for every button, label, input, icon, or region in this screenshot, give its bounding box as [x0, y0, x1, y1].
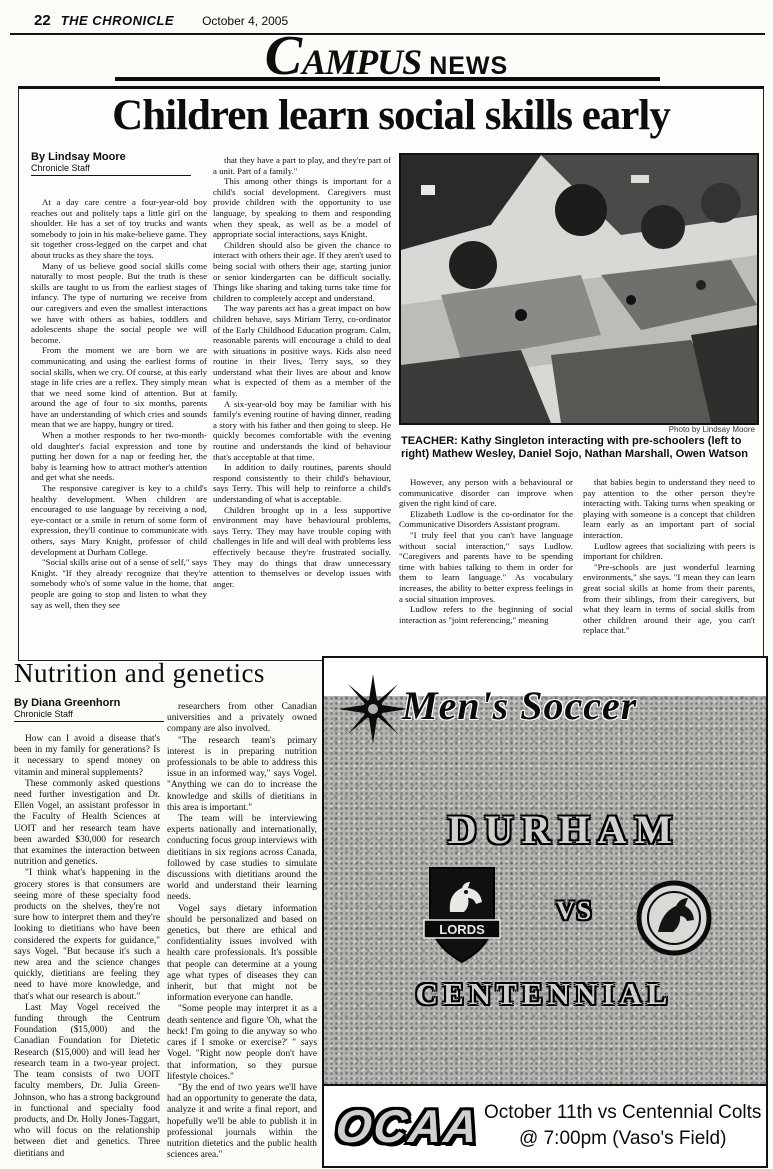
masthead-topline: 22 THE CHRONICLE October 4, 2005 [34, 12, 288, 29]
nutrition-byline-block: By Diana Greenhorn Chronicle Staff [14, 697, 164, 722]
classroom-photo [399, 153, 759, 425]
article-column-1: At a day care centre a four-year-old boy… [31, 197, 207, 649]
section-suffix: NEWS [429, 52, 508, 80]
nutrition-byline-role: Chronicle Staff [14, 709, 164, 722]
publication-name: THE CHRONICLE [61, 13, 174, 28]
photo-block: Photo by Lindsay Moore TEACHER: Kathy Si… [399, 153, 755, 475]
ad-footer: OCAA October 11th vs Centennial Colts @ … [324, 1084, 766, 1166]
ad-vs-label: VS [556, 896, 593, 926]
ad-game-info: October 11th vs Centennial Colts @ 7:00p… [479, 1100, 766, 1152]
byline-block: By Lindsay Moore Chronicle Staff [31, 151, 191, 176]
ad-game-time: @ 7:00pm (Vaso's Field) [479, 1126, 766, 1152]
article-column-4: that babies begin to understand they nee… [583, 477, 755, 649]
section-name: AMPUS [302, 42, 421, 82]
ad-game-date: October 11th vs Centennial Colts [479, 1100, 766, 1126]
lords-banner-text: LORDS [439, 922, 485, 937]
article-headline: Children learn social skills early [19, 91, 763, 140]
masthead-rule-thin [10, 33, 765, 35]
byline-author: By Lindsay Moore [31, 151, 191, 163]
photo-caption: TEACHER: Kathy Singleton interacting wit… [401, 435, 751, 461]
masthead-rule-thick [115, 77, 660, 81]
nutrition-byline-author: By Diana Greenhorn [14, 697, 164, 709]
nutrition-column-2: researchers from other Canadian universi… [167, 702, 317, 1164]
ad-title: Men's Soccer [402, 682, 637, 729]
article-nutrition-genetics: Nutrition and genetics By Diana Greenhor… [14, 658, 318, 1166]
starburst-icon [338, 674, 408, 744]
ocaa-logo: OCAA [333, 1099, 482, 1153]
photo-credit: Photo by Lindsay Moore [669, 425, 755, 434]
article-children-social-skills: Children learn social skills early By Li… [18, 86, 764, 661]
nutrition-column-1: How can I avoid a disease that's been in… [14, 734, 160, 1164]
ad-team-centennial: CENTENNIAL [334, 976, 754, 1012]
section-masthead: CAMPUSNEWS [0, 36, 773, 83]
nutrition-headline: Nutrition and genetics [14, 658, 318, 689]
mens-soccer-ad: Men's Soccer DURHAM LORDS VS CENTENNIAL … [322, 656, 768, 1168]
ad-team-durham: DURHAM [364, 806, 764, 853]
durham-lords-logo: LORDS [420, 864, 504, 968]
newspaper-page: 22 THE CHRONICLE October 4, 2005 CAMPUSN… [0, 0, 773, 1169]
byline-role: Chronicle Staff [31, 163, 191, 176]
article-column-2: that they have a part to play, and they'… [213, 155, 391, 655]
article-column-3: However, any person with a behavioural o… [399, 477, 573, 649]
page-number: 22 [34, 12, 51, 29]
centennial-colts-logo [636, 880, 712, 956]
